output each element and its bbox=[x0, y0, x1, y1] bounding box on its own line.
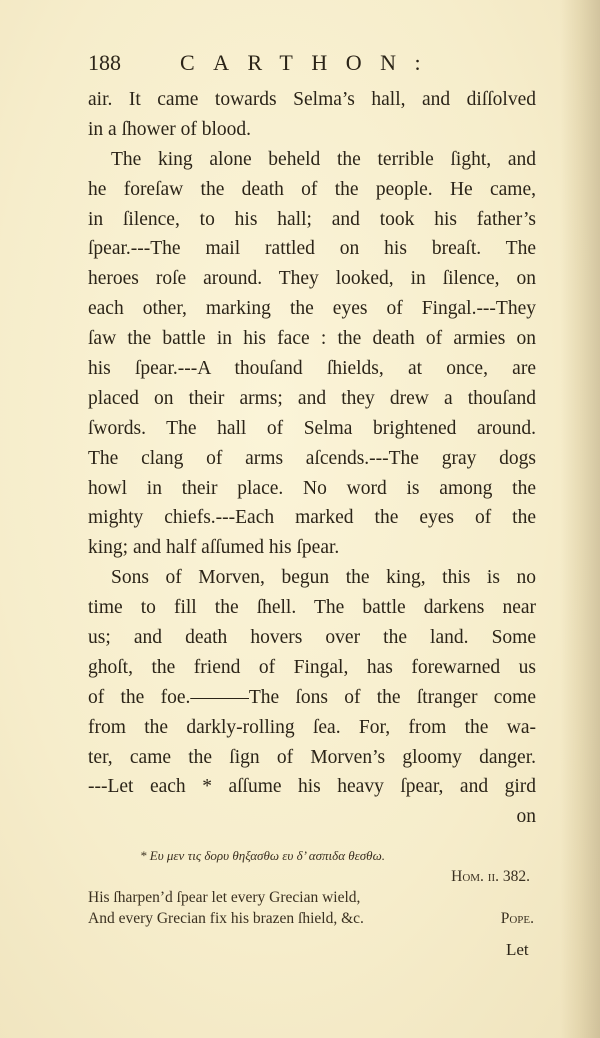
text-line: ter, came the ſign of Morven’s gloomy da… bbox=[88, 743, 536, 773]
page-header: 188 CARTHON: bbox=[88, 48, 538, 78]
text-line: he foreſaw the death of the people. He c… bbox=[88, 175, 536, 205]
footnote-verse-line: And every Grecian fix his brazen ſhield,… bbox=[88, 908, 364, 929]
footnote-greek-quote: * Ευ μεν τις δορυ θηξασθω ευ δ’ ασπιδα θ… bbox=[88, 845, 536, 866]
book-page: 188 CARTHON: air. It came towards Selma’… bbox=[0, 0, 600, 1038]
footnote-attribution: Pope. bbox=[501, 908, 534, 929]
text-line: mighty chiefs.---Each marked the eyes of… bbox=[88, 503, 536, 533]
text-line: The king alone beheld the terrible ſight… bbox=[88, 145, 536, 175]
footnote-reference: Hom. ii. 382. bbox=[88, 866, 536, 887]
text-line: each other, marking the eyes of Fingal.-… bbox=[88, 294, 536, 324]
running-title: CARTHON: bbox=[180, 48, 439, 78]
text-line: ſwords. The hall of Selma brightened aro… bbox=[88, 414, 536, 444]
footnote-verse-row: And every Grecian fix his brazen ſhield,… bbox=[88, 908, 536, 929]
text-line: ---Let each * aſſume his heavy ſpear, an… bbox=[88, 772, 536, 802]
text-line: Sons of Morven, begun the king, this is … bbox=[88, 563, 536, 593]
text-line: ghoſt, the friend of Fingal, has forewar… bbox=[88, 653, 536, 683]
text-line: time to fill the ſhell. The battle darke… bbox=[88, 593, 536, 623]
text-line: ſpear.---The mail rattled on his breaſt.… bbox=[88, 234, 536, 264]
text-line: in a ſhower of blood. bbox=[88, 115, 536, 145]
text-line: ſaw the battle in his face : the death o… bbox=[88, 324, 536, 354]
text-line: us; and death hovers over the land. Some bbox=[88, 623, 536, 653]
text-line: The clang of arms aſcends.---The gray do… bbox=[88, 444, 536, 474]
text-line: air. It came towards Selma’s hall, and d… bbox=[88, 85, 536, 115]
text-line: king; and half aſſumed his ſpear. bbox=[88, 533, 536, 563]
page-number: 188 bbox=[88, 48, 121, 78]
text-line: in ſilence, to his hall; and took his fa… bbox=[88, 205, 536, 235]
text-line: heroes roſe around. They looked, in ſile… bbox=[88, 264, 536, 294]
text-line: of the foe.———The ſons of the ſtranger c… bbox=[88, 683, 536, 713]
body-text: air. It came towards Selma’s hall, and d… bbox=[88, 85, 536, 832]
footnote-verse-line: His ſharpen’d ſpear let every Grecian wi… bbox=[88, 887, 536, 908]
text-line: placed on their arms; and they drew a th… bbox=[88, 384, 536, 414]
catchword: Let bbox=[506, 940, 529, 960]
text-line: his ſpear.---A thouſand ſhields, at once… bbox=[88, 354, 536, 384]
text-line: on bbox=[88, 802, 536, 832]
text-line: from the darkly-rolling ſea. For, from t… bbox=[88, 713, 536, 743]
text-line: howl in their place. No word is among th… bbox=[88, 474, 536, 504]
footnotes: * Ευ μεν τις δορυ θηξασθω ευ δ’ ασπιδα θ… bbox=[88, 845, 536, 929]
